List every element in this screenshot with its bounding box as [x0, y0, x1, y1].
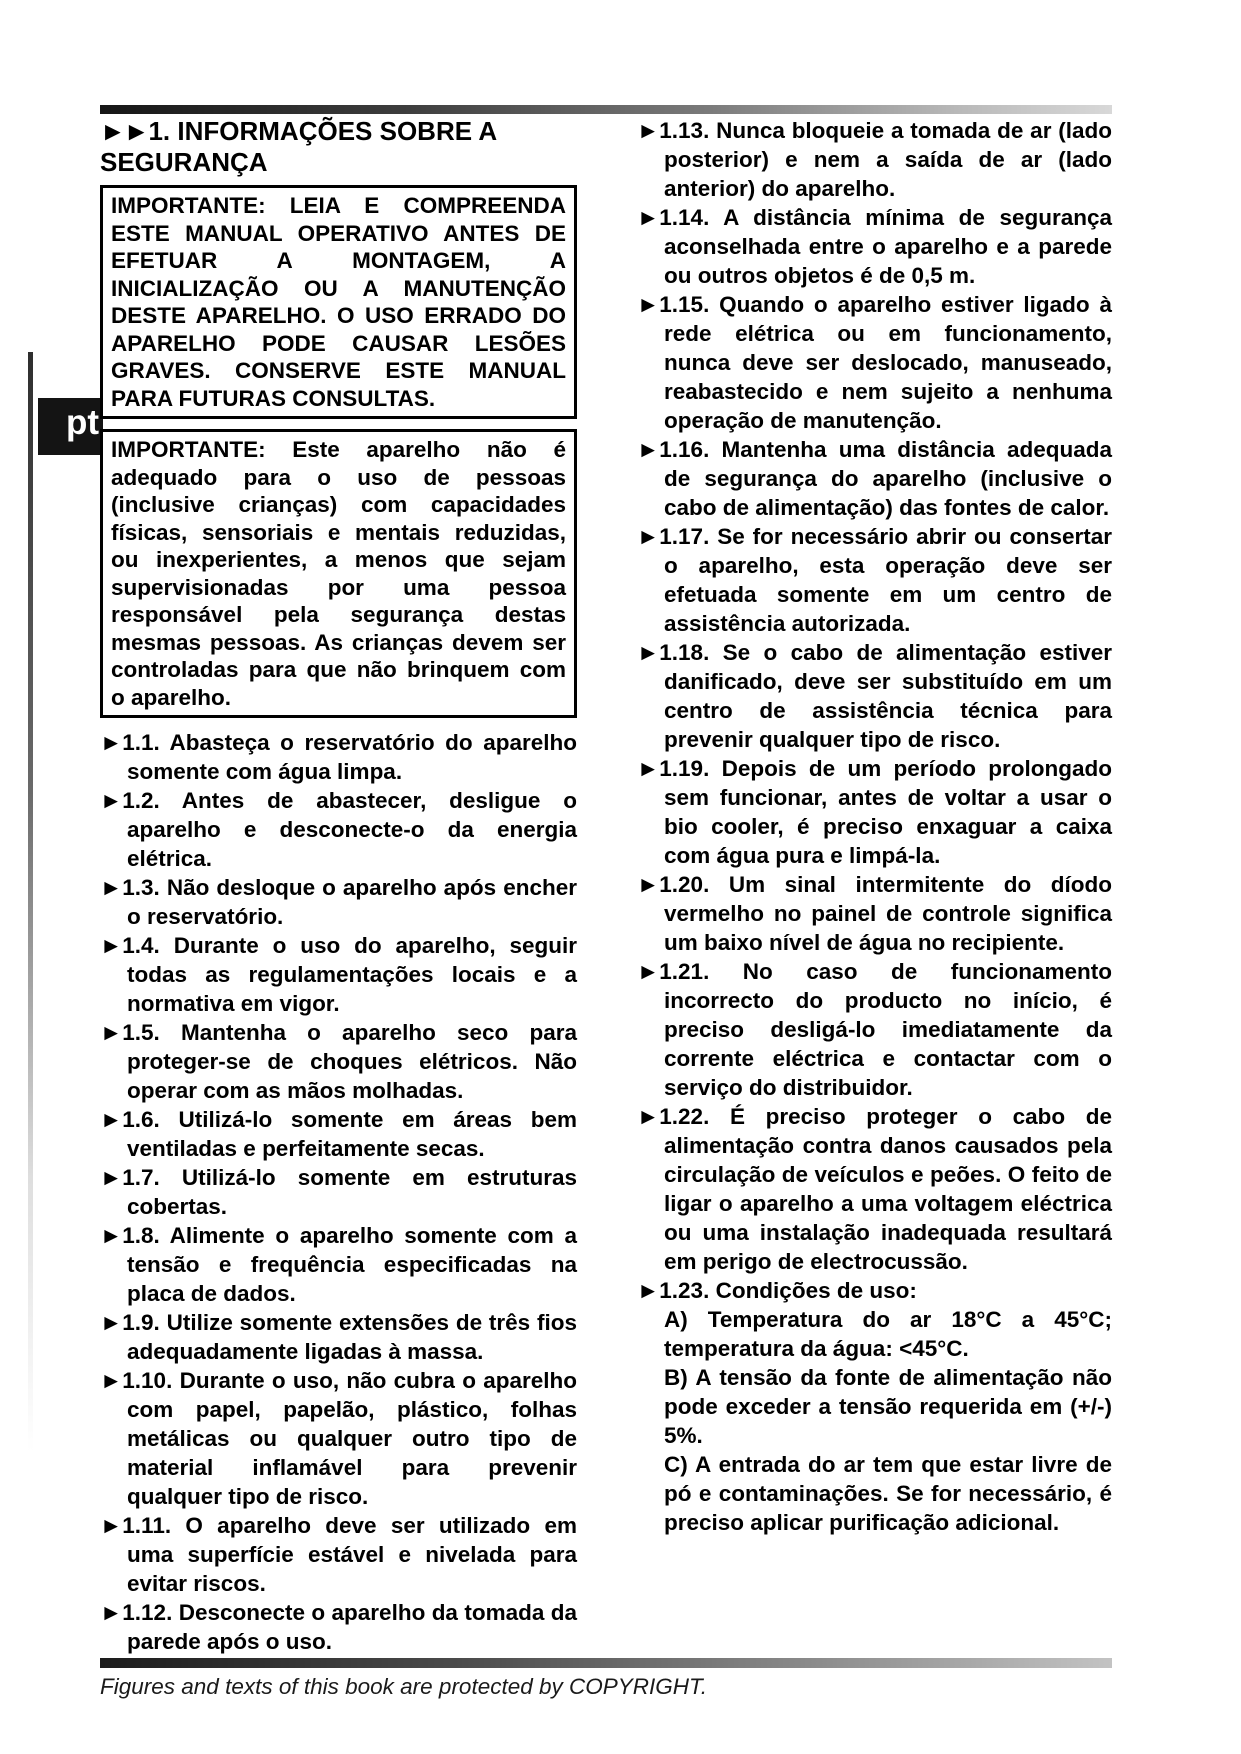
list-item: ►1.1. Abasteça o reservatório do aparelh…: [100, 728, 577, 786]
triangle-bullet-icon: ►: [637, 118, 659, 143]
triangle-bullet-icon: ►: [100, 1223, 122, 1248]
triangle-bullet-icon: ►: [100, 1513, 122, 1538]
safety-list-left: ►1.1. Abasteça o reservatório do aparelh…: [100, 728, 577, 1656]
triangle-bullet-icon: ►: [100, 1107, 122, 1132]
triangle-bullet-icon: ►: [637, 292, 659, 317]
list-item: ►1.4. Durante o uso do aparelho, seguir …: [100, 931, 577, 1018]
triangle-bullet-icon: ►: [637, 524, 659, 549]
list-item: ►1.19. Depois de um período prolongado s…: [637, 754, 1112, 870]
triangle-bullet-icon: ►: [637, 872, 659, 897]
list-item: ►1.9. Utilize somente extensões de três …: [100, 1308, 577, 1366]
triangle-bullet-icon: ►: [637, 205, 659, 230]
important-box-uppercase: IMPORTANTE: LEIA E COMPREENDA ESTE MANUA…: [100, 185, 577, 419]
safety-list-right: ►1.13. Nunca bloqueie a tomada de ar (la…: [637, 116, 1112, 1537]
heading-line2: SEGURANÇA: [100, 147, 268, 177]
right-column: ►1.13. Nunca bloqueie a tomada de ar (la…: [637, 116, 1112, 1537]
triangle-bullet-icon: ►: [637, 1278, 659, 1303]
list-item: ►1.20. Um sinal intermitente do díodo ve…: [637, 870, 1112, 957]
list-item: ►1.15. Quando o aparelho estiver ligado …: [637, 290, 1112, 435]
section-heading: ►►1. INFORMAÇÕES SOBRE ASEGURANÇA: [100, 116, 577, 178]
sub-item: B) A tensão da fonte de alimentação não …: [637, 1363, 1112, 1450]
top-gradient-bar: [100, 105, 1112, 114]
triangle-bullet-icon: ►: [100, 788, 122, 813]
heading-line1: 1. INFORMAÇÕES SOBRE A: [148, 116, 497, 146]
manual-page: pt ►►1. INFORMAÇÕES SOBRE ASEGURANÇA IMP…: [0, 0, 1241, 1754]
list-item: ►1.5. Mantenha o aparelho seco para prot…: [100, 1018, 577, 1105]
list-item: ►1.6. Utilizá-lo somente em áreas bem ve…: [100, 1105, 577, 1163]
list-item: ►1.23. Condições de uso:: [637, 1276, 1112, 1305]
list-item: ►1.13. Nunca bloqueie a tomada de ar (la…: [637, 116, 1112, 203]
list-item: ►1.21. No caso de funcionamento incorrec…: [637, 957, 1112, 1102]
copyright-note: Figures and texts of this book are prote…: [100, 1674, 707, 1700]
triangle-bullet-icon: ►: [637, 1104, 659, 1129]
list-item: ►1.14. A distância mínima de segurança a…: [637, 203, 1112, 290]
triangle-bullet-icon: ►: [637, 756, 659, 781]
language-tab-label: pt: [66, 405, 99, 440]
list-item: ►1.2. Antes de abastecer, desligue o apa…: [100, 786, 577, 873]
triangle-bullet-icon: ►: [637, 640, 659, 665]
footer-gradient-bar: [100, 1658, 1112, 1668]
triangle-bullet-icon: ►: [100, 1165, 122, 1190]
list-item: ►1.7. Utilizá-lo somente em estruturas c…: [100, 1163, 577, 1221]
sub-item: C) A entrada do ar tem que estar livre d…: [637, 1450, 1112, 1537]
list-item: ►1.17. Se for necessário abrir ou conser…: [637, 522, 1112, 638]
triangle-bullet-icon: ►: [100, 1310, 122, 1335]
list-item: ►1.3. Não desloque o aparelho após enche…: [100, 873, 577, 931]
double-triangle-icon: ►►: [100, 116, 147, 146]
left-column: ►►1. INFORMAÇÕES SOBRE ASEGURANÇA IMPORT…: [100, 116, 577, 1656]
list-item: ►1.12. Desconecte o aparelho da tomada d…: [100, 1598, 577, 1656]
triangle-bullet-icon: ►: [100, 1020, 122, 1045]
triangle-bullet-icon: ►: [100, 875, 122, 900]
list-item: ►1.10. Durante o uso, não cubra o aparel…: [100, 1366, 577, 1511]
list-item: ►1.8. Alimente o aparelho somente com a …: [100, 1221, 577, 1308]
sub-item: A) Temperatura do ar 18°C a 45°C; temper…: [637, 1305, 1112, 1363]
list-item: ►1.11. O aparelho deve ser utilizado em …: [100, 1511, 577, 1598]
language-tab: pt: [38, 398, 103, 455]
important-box-supervision: IMPORTANTE: Este aparelho não é adequado…: [100, 429, 577, 718]
triangle-bullet-icon: ►: [100, 1600, 122, 1625]
list-item: ►1.18. Se o cabo de alimentação estiver …: [637, 638, 1112, 754]
triangle-bullet-icon: ►: [100, 933, 122, 958]
triangle-bullet-icon: ►: [637, 959, 659, 984]
list-item: ►1.16. Mantenha uma distância adequada d…: [637, 435, 1112, 522]
triangle-bullet-icon: ►: [100, 1368, 122, 1393]
scan-edge-shadow: [28, 352, 33, 1452]
triangle-bullet-icon: ►: [637, 437, 659, 462]
list-item: ►1.22. É preciso proteger o cabo de alim…: [637, 1102, 1112, 1276]
triangle-bullet-icon: ►: [100, 730, 122, 755]
